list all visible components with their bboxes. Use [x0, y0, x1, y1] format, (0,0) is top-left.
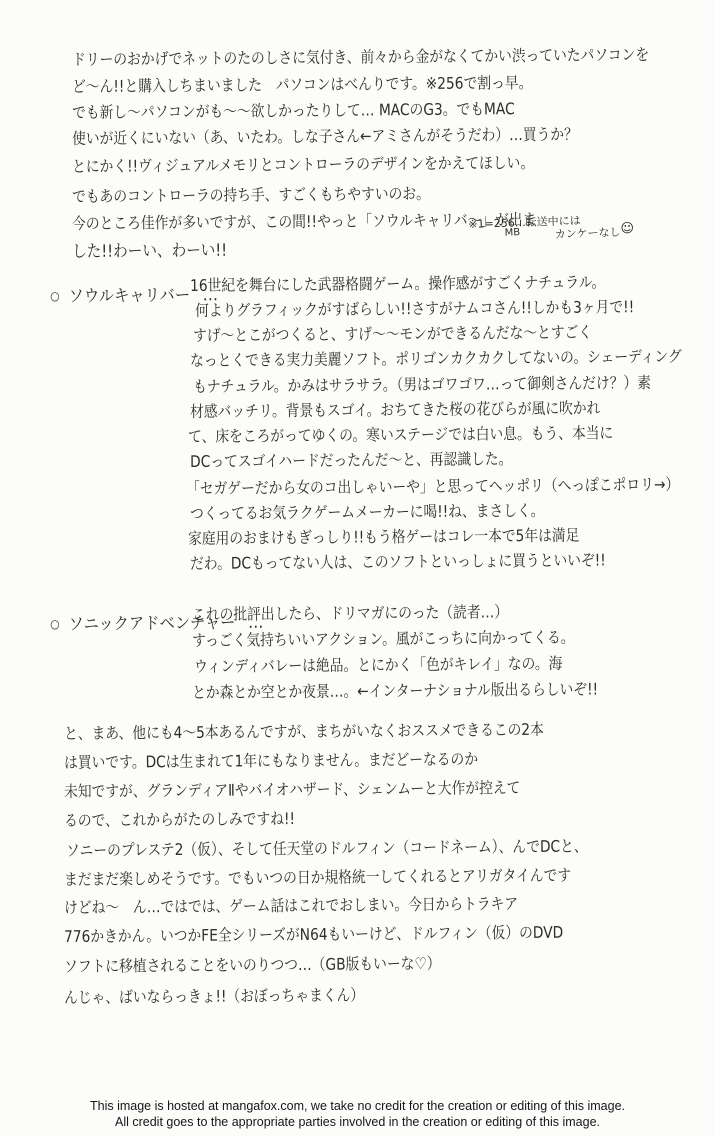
handwritten-line: ソニーのプレステ2（仮）、そして任天堂のドルフィン（コードネーム）、んでDCと、 — [66, 836, 588, 861]
handwritten-line: は買いです。DCは生まれて1年にもなりません。まだどーなるのか — [64, 749, 478, 773]
bullet-circle-icon: ○ — [50, 617, 60, 631]
handwritten-line: これの批評出したら、ドリマガにのった（読者…） — [192, 602, 508, 625]
handwritten-line: ドリーのおかげでネットのたのしさに気付き、前々から金がなくてかい渋っていたパソコ… — [72, 45, 649, 70]
handwritten-line: 今のところ佳作が多いですが、この間!!やっと「ソウルキャリバ〜」が出ま — [72, 210, 536, 234]
handwritten-line: ど〜ん!!と購入しちまいました パソコンはべんりです。※256で割っ早。 — [72, 73, 532, 97]
handwritten-line: 何よりグラフィックがすばらしい!!さすがナムコさん!!しかも3ヶ月で!! — [195, 297, 634, 321]
handwritten-line: ウィンディバレーは絶品。とにかく「色がキレイ」なの。海 — [194, 654, 562, 677]
handwritten-line: けどね〜 ん…ではでは、ゲーム話はこれでおしまい。今日からトラキア — [64, 894, 518, 918]
footnote-text: カンケーなし — [554, 224, 620, 242]
handwritten-line: でもあのコントローラの持ち手、すごくもちやすいのお。 — [72, 184, 430, 207]
handwritten-line: でも新し〜パソコンがも〜〜欲しかったりして… MACのG3。でもMAC — [72, 99, 515, 123]
handwritten-line: と、まあ、他にも4〜5本あるんですが、まちがいなくおススメできるこの2本 — [64, 720, 544, 744]
handwritten-line: 使いが近くにいない（あ、いたわ。しな子さん←アミさんがそうだわ）…買うか？ — [72, 125, 578, 149]
handwritten-line: なっとくできる実力美麗ソフト。ポリゴンカクカクしてないの。シェーディング — [190, 347, 682, 371]
handwritten-line: 家庭用のおまけもぎっしり!!もう格ゲーはコレ一本で5年は満足 — [188, 526, 579, 549]
handwritten-line: て、床をころがってゆくの。寒いステージでは白い息。もう、本当に — [188, 423, 613, 447]
handwritten-line: つくってるお気ラクゲームメーカーに喝!!ね、まさしく。 — [190, 501, 544, 524]
handwritten-line: 材感バッチリ。背景もスゴイ。おちてきた桜の花びらが風に吹かれ — [190, 398, 600, 422]
handwritten-line: すっごく気持ちいいアクション。風がこっちに向かってくる。 — [192, 628, 575, 651]
handwritten-line: んじゃ、ばいならっきょ!!（おぼっちゃまくん） — [64, 985, 364, 1008]
handwritten-line: ソフトに移植されることをいのりつつ…（GB版もいーな♡） — [64, 954, 441, 977]
margin-footnote: ※1=256…転送中には MB カンケーなし ☺ — [468, 212, 581, 232]
handwritten-line: 「セガゲーだから女のコ出しゃいーや」と思ってヘッポリ（へっぽこポロリ→） — [186, 475, 679, 499]
handwritten-line: だわ。DCもってない人は、このソフトといっしょに買うといいぞ!! — [190, 550, 606, 574]
handwritten-line: すげ〜とこがつくると、すげ〜〜モンができるんだな〜とすごく — [193, 323, 592, 346]
handwritten-line: した!!わーい、わーい!! — [72, 241, 227, 262]
disclaimer-line-1: This image is hosted at mangafox.com, we… — [0, 1098, 715, 1114]
smiley-doodle-icon: ☺ — [620, 221, 634, 236]
handwritten-line: 16世紀を舞台にした武器格闘ゲーム。操作感がすごくナチュラル。 — [190, 272, 605, 296]
disclaimer-line-2: All credit goes to the appropriate parti… — [0, 1114, 715, 1130]
scanned-page: ドリーのおかげでネットのたのしさに気付き、前々から金がなくてかい渋っていたパソコ… — [0, 0, 715, 1136]
handwritten-line: DCってスゴイハードだったんだ〜と、再認識した。 — [190, 449, 512, 472]
handwritten-line: 未知ですが、グランディアⅡやバイオハザード、シェンムーと大作が控えて — [64, 778, 520, 802]
hosting-disclaimer: This image is hosted at mangafox.com, we… — [0, 1098, 715, 1130]
handwritten-line: 776かきかん。いつかFE全シリーズがN64もいーけど、ドルフィン（仮）のDVD — [64, 923, 563, 947]
section-title: ソウルキャリバー — [68, 286, 190, 307]
handwritten-line: とか森とか空とか夜景…。←インターナショナル版出るらしいぞ!! — [192, 679, 598, 703]
bullet-circle-icon: ○ — [50, 289, 60, 303]
handwritten-line: るので、これからがたのしみですね!! — [64, 809, 295, 831]
handwritten-line: まだまだ楽しめそうです。でもいつの日か規格統一してくれるとアリガタイんです — [64, 866, 571, 890]
footnote-mb-label: MB — [504, 227, 520, 239]
handwritten-line: とにかく!!ヴィジュアルメモリとコントローラのデザインをかえてほしい。 — [72, 153, 534, 177]
handwritten-line: もナチュラル。かみはサラサラ。（男はゴワゴワ…って御剣さんだけ？）素 — [193, 373, 651, 397]
